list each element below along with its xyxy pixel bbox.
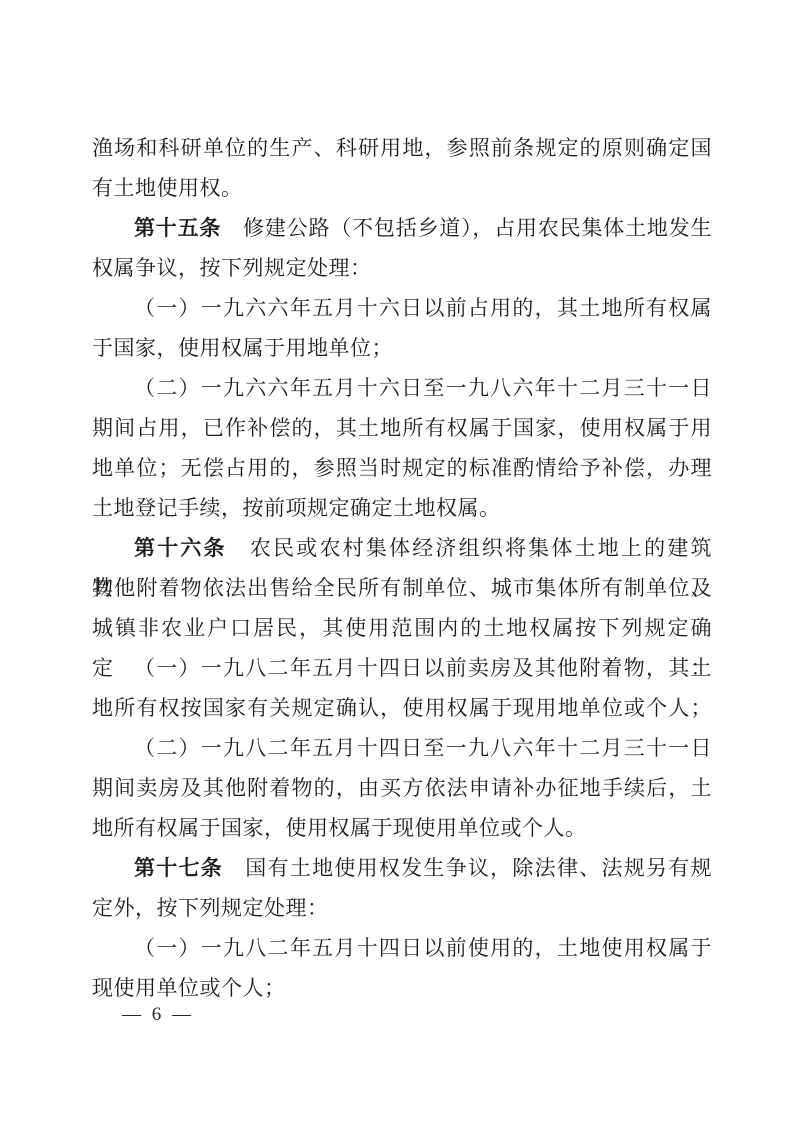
text-line: 期间占用，已作补偿的，其土地所有权属于国家，使用权属于用 bbox=[92, 408, 712, 448]
article-number: 第十七条 bbox=[134, 856, 223, 880]
text-line: 期间卖房及其他附着物的，由买方依法申请补办征地手续后，土 bbox=[92, 768, 712, 808]
text-run: 地所有权属于国家，使用权属于现使用单位或个人。 bbox=[92, 816, 587, 840]
text-line: （一）一九六六年五月十六日以前占用的，其土地所有权属 bbox=[92, 288, 712, 328]
text-line: 第十五条 修建公路（不包括乡道），占用农民集体土地发生 bbox=[92, 208, 712, 248]
text-run: 期间占用，已作补偿的，其土地所有权属于国家，使用权属于用 bbox=[92, 416, 712, 440]
text-run: 土地登记手续，按前项规定确定土地权属。 bbox=[92, 496, 501, 520]
text-run: 权属争议，按下列规定处理： bbox=[92, 256, 372, 280]
document-body: 渔场和科研单位的生产、科研用地，参照前条规定的原则确定国有土地使用权。第十五条 … bbox=[92, 128, 712, 1008]
text-line: 定外，按下列规定处理： bbox=[92, 888, 712, 928]
text-line: （一）一九八二年五月十四日以前卖房及其他附着物，其土 bbox=[92, 648, 712, 688]
text-line: 地单位；无偿占用的，参照当时规定的标准酌情给予补偿，办理 bbox=[92, 448, 712, 488]
text-line: 第十七条 国有土地使用权发生争议，除法律、法规另有规 bbox=[92, 848, 712, 888]
text-line: （二）一九六六年五月十六日至一九八六年十二月三十一日 bbox=[92, 368, 712, 408]
article-number: 第十五条 bbox=[134, 216, 221, 240]
text-line: 权属争议，按下列规定处理： bbox=[92, 248, 712, 288]
text-run: 渔场和科研单位的生产、科研用地，参照前条规定的原则确定国 bbox=[92, 136, 712, 160]
page-number: — 6 — bbox=[122, 1002, 194, 1028]
text-run: （二）一九六六年五月十六日至一九八六年十二月三十一日 bbox=[134, 376, 712, 400]
text-line: 地所有权属于国家，使用权属于现使用单位或个人。 bbox=[92, 808, 712, 848]
document-page: 渔场和科研单位的生产、科研用地，参照前条规定的原则确定国有土地使用权。第十五条 … bbox=[0, 0, 794, 1122]
text-run: （一）一九六六年五月十六日以前占用的，其土地所有权属 bbox=[134, 296, 712, 320]
text-run: 有土地使用权。 bbox=[92, 176, 243, 200]
text-line: （二）一九八二年五月十四日至一九八六年十二月三十一日 bbox=[92, 728, 712, 768]
text-run: 于国家，使用权属于用地单位； bbox=[92, 336, 393, 360]
text-line: 渔场和科研单位的生产、科研用地，参照前条规定的原则确定国 bbox=[92, 128, 712, 168]
text-run: （二）一九八二年五月十四日至一九八六年十二月三十一日 bbox=[134, 736, 712, 760]
text-line: （一）一九八二年五月十四日以前使用的，土地使用权属于 bbox=[92, 928, 712, 968]
text-run: 期间卖房及其他附着物的，由买方依法申请补办征地手续后，土 bbox=[92, 776, 712, 800]
text-line: 第十六条 农民或农村集体经济组织将集体土地上的建筑物、 bbox=[92, 528, 712, 568]
text-line: 于国家，使用权属于用地单位； bbox=[92, 328, 712, 368]
text-line: 其他附着物依法出售给全民所有制单位、城市集体所有制单位及 bbox=[92, 568, 712, 608]
text-line: 地所有权按国家有关规定确认，使用权属于现用地单位或个人； bbox=[92, 688, 712, 728]
text-run: 修建公路（不包括乡道），占用农民集体土地发生 bbox=[221, 216, 712, 240]
text-run: 国有土地使用权发生争议，除法律、法规另有规 bbox=[223, 856, 712, 880]
text-run: 定外，按下列规定处理： bbox=[92, 896, 329, 920]
text-run: 现使用单位或个人； bbox=[92, 976, 286, 1000]
text-line: 有土地使用权。 bbox=[92, 168, 712, 208]
text-run: 地所有权按国家有关规定确认，使用权属于现用地单位或个人； bbox=[92, 696, 712, 720]
text-run: （一）一九八二年五月十四日以前使用的，土地使用权属于 bbox=[134, 936, 712, 960]
text-run: （一）一九八二年五月十四日以前卖房及其他附着物，其土 bbox=[134, 656, 712, 680]
text-run: 地单位；无偿占用的，参照当时规定的标准酌情给予补偿，办理 bbox=[92, 456, 712, 480]
text-run: 其他附着物依法出售给全民所有制单位、城市集体所有制单位及 bbox=[92, 576, 712, 600]
article-number: 第十六条 bbox=[134, 536, 227, 560]
text-line: 城镇非农业户口居民，其使用范围内的土地权属按下列规定确定： bbox=[92, 608, 712, 648]
text-line: 土地登记手续，按前项规定确定土地权属。 bbox=[92, 488, 712, 528]
